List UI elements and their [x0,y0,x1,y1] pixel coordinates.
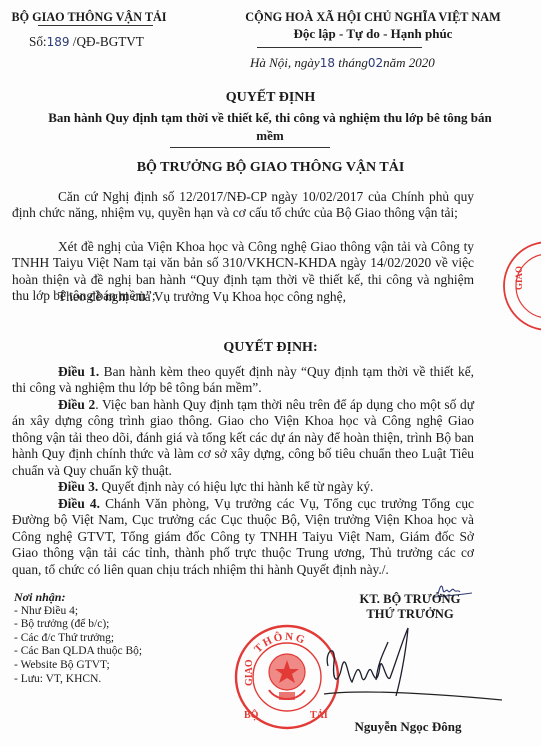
document-subtitle: Ban hành Quy định tạm thời về thiết kế, … [40,109,500,145]
year-label: năm 2020 [383,55,435,70]
svg-text:GIAO: GIAO [514,266,524,290]
issuer-title: BỘ TRƯỞNG BỘ GIAO THÔNG VẬN TẢI [0,160,541,176]
signature-on-behalf: KT. BỘ TRƯỞNG [300,592,520,607]
recipient-item: - Các Ban QLDA thuộc Bộ; [14,645,142,659]
edge-stamp: GIAO [498,236,541,336]
preamble-paragraph: Căn cứ Nghị định số 12/2017/NĐ-CP ngày 1… [12,189,474,222]
date-month: 02 [368,56,383,70]
recipients-block: Nơi nhận: - Như Điều 4; - Bộ trưởng (để … [14,591,142,686]
document-title: QUYẾT ĐỊNH [0,90,541,106]
recipients-title: Nơi nhận: [14,591,142,605]
recipient-item: - Website Bộ GTVT; [14,659,142,673]
signature-block: KT. BỘ TRƯỞNG THỨ TRƯỞNG [300,592,520,622]
article-2: Điều 2. Việc ban hành Quy định tạm thời … [12,397,474,479]
recipient-item: - Lưu: VT, KHCN. [14,673,142,687]
article-label: Điều 2 [58,397,95,412]
recipient-item: - Bộ trưởng (để b/c); [14,618,142,632]
subtitle-underline [170,147,330,148]
date-day: 18 [320,56,335,70]
issuing-organization: BỘ GIAO THÔNG VẬN TẢI [4,10,174,25]
handwritten-signature [316,622,506,722]
motto-underline [257,47,422,48]
month-label: tháng [338,55,368,70]
article-4: Điều 4. Chánh Văn phòng, Vụ trưởng các V… [12,496,474,578]
national-title: CỘNG HOÀ XÃ HỘI CHỦ NGHĨA VIỆT NAM [208,10,538,25]
doc-number-prefix: Số: [29,34,47,49]
place-date: Hà Nội, ngày18 tháng02năm 2020 [250,55,510,71]
decision-heading: QUYẾT ĐỊNH: [0,340,541,356]
article-1: Điều 1. Ban hành kèm theo quyết định này… [12,364,474,397]
stamp-text-left: GIAO [244,659,255,686]
article-label: Điều 1. [58,364,99,379]
national-motto: Độc lập - Tự do - Hạnh phúc [208,26,538,42]
stamp-text-bottom-left: BỘ [244,708,259,721]
article-text: Quyết định này có hiệu lực thi hành kể t… [98,479,373,494]
article-label: Điều 4. [58,496,100,511]
recipient-item: - Như Điều 4; [14,605,142,619]
document-number: Số:189 /QĐ-BGTVT [29,34,144,50]
doc-number-suffix: /QĐ-BGTVT [73,34,144,49]
signature-position: THỨ TRƯỞNG [300,607,520,622]
preamble-paragraph: Theo đề nghị của Vụ trưởng Vụ Khoa học c… [12,289,474,305]
place-label: Hà Nội, ngày [250,55,320,70]
recipient-item: - Các đ/c Thứ trưởng; [14,632,142,646]
article-3: Điều 3. Quyết định này có hiệu lực thi h… [12,479,474,495]
doc-number-handwritten: 189 [47,35,70,49]
signer-name: Nguyễn Ngọc Đông [298,719,518,735]
organization-underline [38,25,153,26]
article-label: Điều 3. [58,479,98,494]
